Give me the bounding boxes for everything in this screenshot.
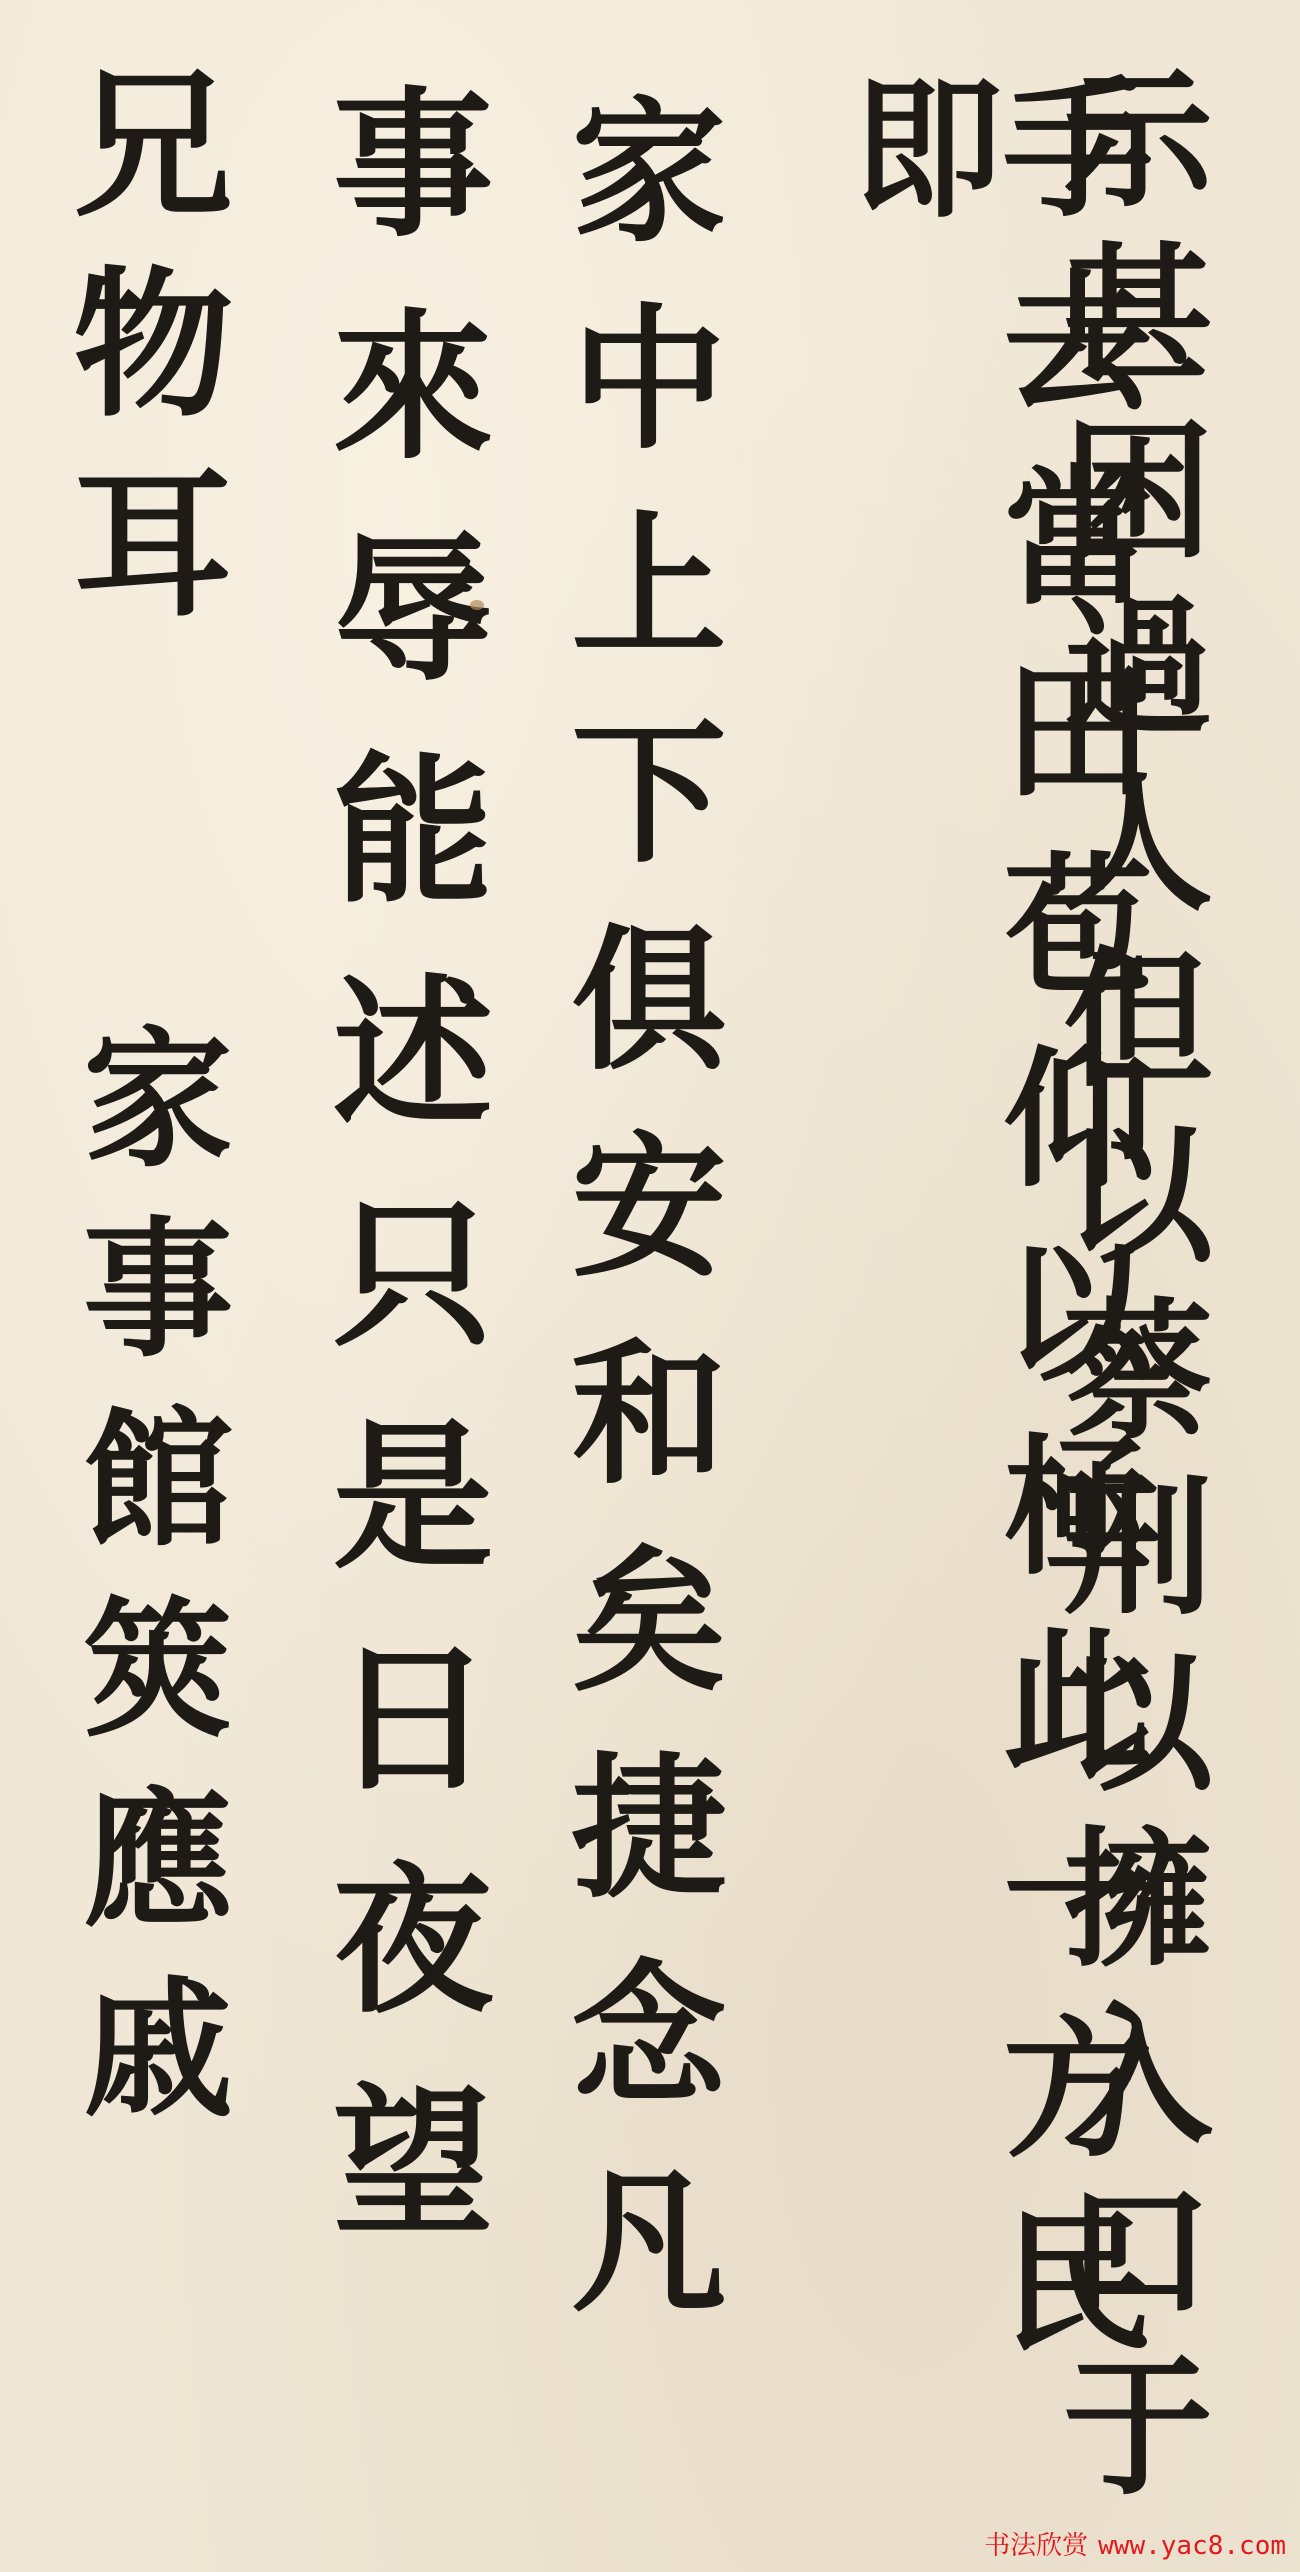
watermark: 书法欣赏www.yac8.com (984, 2525, 1286, 2562)
calligraphy-column-3: 家中上下俱安和矣捷念凡 (560, 90, 715, 2367)
calligraphy-column-4: 事來辱能述只是日夜望 (320, 80, 480, 2300)
watermark-url: www.yac8.com (1098, 2531, 1286, 2561)
watermark-label: 书法欣赏 (984, 2531, 1088, 2561)
calligraphy-column-2: 手去當田苞仰以極此一方民即 (840, 70, 1140, 2572)
paper-stain (470, 600, 484, 610)
calligraphy-column-6: 家事館筴應戚 (70, 1020, 220, 2160)
calligraphy-column-5: 兄物耳 (60, 60, 220, 660)
